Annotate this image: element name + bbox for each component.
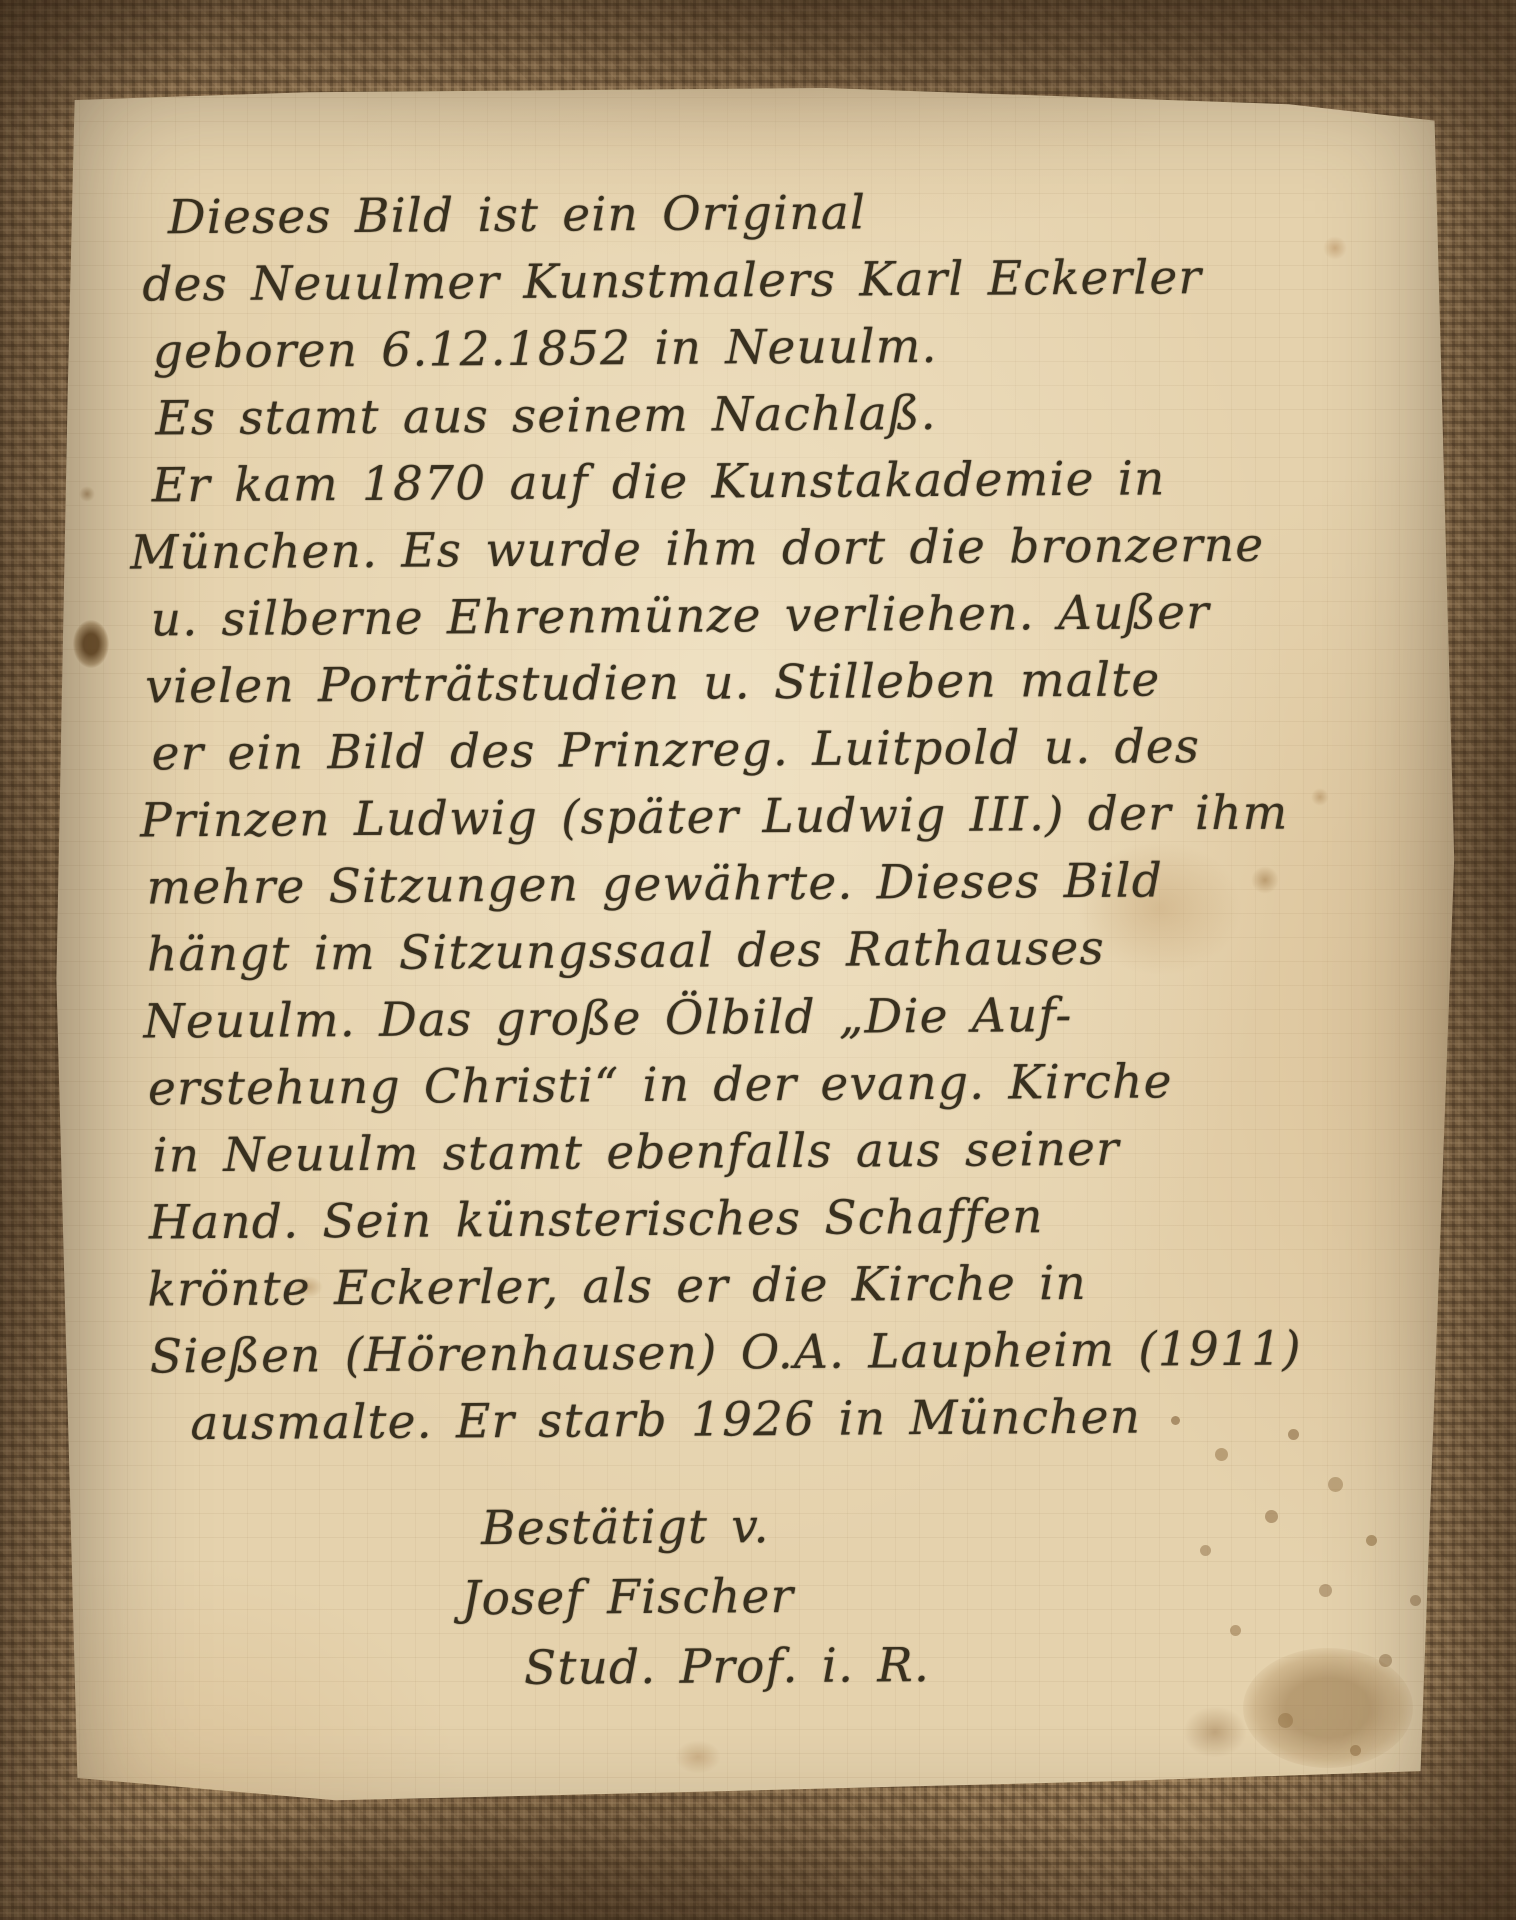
handwritten-line: Hand. Sein künsterisches Schaffen (149, 1181, 1429, 1257)
handwritten-line: u. silberne Ehrenmünze verliehen. Außer (151, 578, 1425, 654)
note-paper: Dieses Bild ist ein Original des Neuulme… (55, 88, 1457, 1802)
foxing-spot (79, 486, 95, 502)
signer-name: Josef Fischer (461, 1559, 1431, 1636)
foxing-spot (675, 1740, 721, 1774)
handwritten-line: Neuulm. Das große Ölbild „Die Auf- (143, 980, 1427, 1056)
water-stain (1183, 1706, 1247, 1758)
handwritten-line: krönte Eckerler, als er die Kirche in (147, 1248, 1429, 1324)
photo-of-painting-back: Dieses Bild ist ein Original des Neuulme… (0, 0, 1516, 1920)
handwritten-line: erstehung Christi“ in der evang. Kirche (148, 1047, 1428, 1123)
handwritten-text: Dieses Bild ist ein Original des Neuulme… (142, 176, 1433, 1708)
handwritten-line: ausmalte. Er starb 1926 in München (190, 1382, 1430, 1458)
handwritten-line: München. Es wurde ihm dort die bronzerne (130, 511, 1424, 587)
signer-title: Stud. Prof. i. R. (524, 1629, 1432, 1705)
signature-block: Bestätigt v. Josef Fischer Stud. Prof. i… (451, 1489, 1432, 1706)
handwritten-line: des Neuulmer Kunstmalers Karl Eckerler (142, 243, 1422, 319)
handwritten-line: Er kam 1870 auf die Kunstakademie in (152, 444, 1424, 520)
handwritten-line: geboren 6.12.1852 in Neuulm. (153, 310, 1423, 386)
handwritten-line: Sießen (Hörenhausen) O.A. Laupheim (1911… (150, 1315, 1430, 1391)
confirmation-line: Bestätigt v. (481, 1489, 1431, 1566)
handwritten-line: Es stamt aus seinem Nachlaß. (155, 377, 1423, 453)
handwritten-line: in Neuulm stamt ebenfalls aus seiner (152, 1114, 1428, 1190)
ink-stain (73, 620, 109, 668)
handwritten-line: mehre Sitzungen gewährte. Dieses Bild (146, 846, 1426, 922)
handwritten-line: hängt im Sitzungssaal des Rathauses (147, 913, 1427, 989)
handwritten-line: Dieses Bild ist ein Original (168, 176, 1422, 252)
handwritten-line: er ein Bild des Prinzreg. Luitpold u. de… (151, 712, 1425, 788)
handwritten-line: vielen Porträtstudien u. Stilleben malte (145, 645, 1425, 721)
handwritten-line: Prinzen Ludwig (später Ludwig III.) der … (140, 779, 1426, 855)
